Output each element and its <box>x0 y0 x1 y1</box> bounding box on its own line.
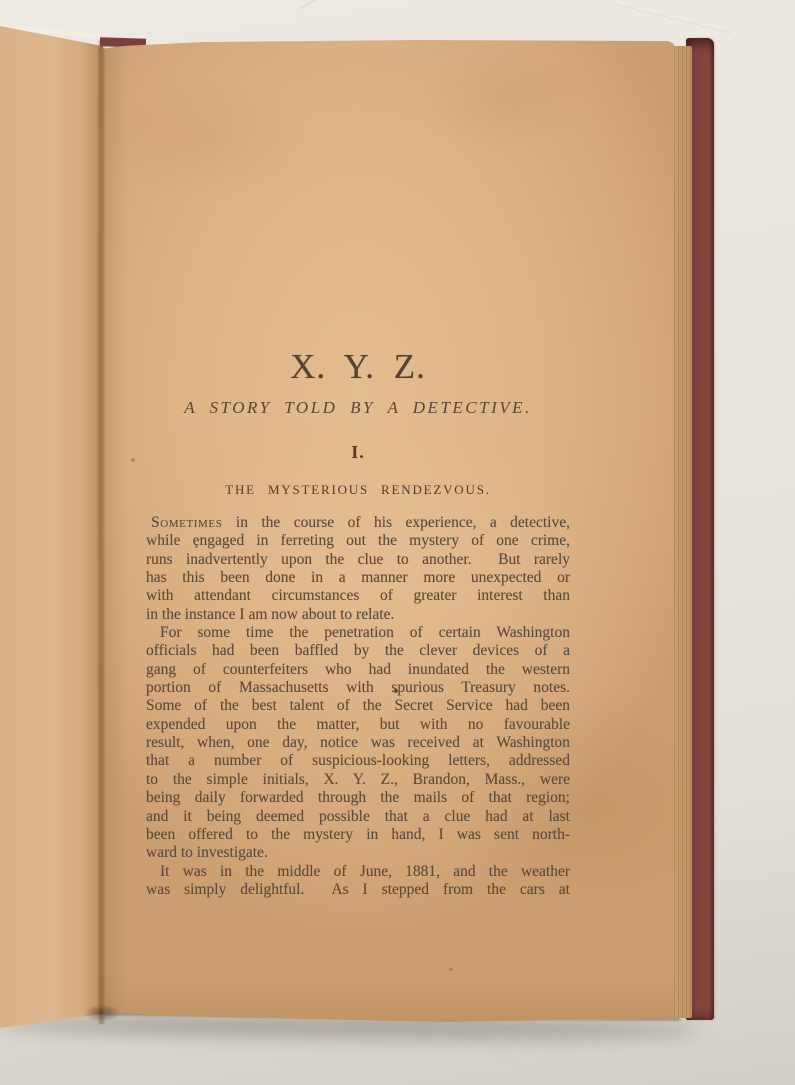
gutter-bottom-shadow <box>84 1004 120 1022</box>
body-line: result, when, one day, notice was receiv… <box>146 734 570 752</box>
body-line: expended upon the matter, but with no fa… <box>146 716 570 734</box>
blank-verso-page <box>0 26 103 1030</box>
body-line: gang of counterfeiters who had inundated… <box>146 661 570 679</box>
book-subtitle: A STORY TOLD BY A DETECTIVE. <box>146 398 570 418</box>
foxing-spot <box>449 968 453 971</box>
body-line-text: in the course of his experience, a detec… <box>222 514 570 531</box>
body-line: For some time the penetration of certain… <box>146 624 570 642</box>
book-photograph: X. Y. Z. A STORY TOLD BY A DETECTIVE. I.… <box>0 0 795 1085</box>
body-line: has this been done in a manner more unex… <box>146 569 570 587</box>
background-scratch <box>300 0 449 9</box>
body-line: runs inadvertently upon the clue to anot… <box>146 551 570 569</box>
body-line: portion of Massachusetts with spurious T… <box>146 679 570 697</box>
body-line: was simply delightful. As I stepped from… <box>146 881 570 899</box>
body-line: It was in the middle of June, 1881, and … <box>146 863 570 881</box>
chapter-number: I. <box>146 442 570 462</box>
foxing-spot <box>312 612 314 614</box>
body-line: with attendant circumstances of greater … <box>146 587 570 605</box>
body-line: officials had been baffled by the clever… <box>146 642 570 660</box>
chapter-heading: THE MYSTERIOUS RENDEZVOUS. <box>146 482 570 498</box>
ink-fleck <box>394 689 398 693</box>
body-text: Sometimes in the course of his experienc… <box>146 514 570 899</box>
body-line: while engaged in ferreting out the myste… <box>146 532 570 550</box>
body-line: Some of the best talent of the Secret Se… <box>146 697 570 715</box>
body-line: been offered to the mystery in hand, I w… <box>146 826 570 844</box>
ink-fleck <box>195 545 198 548</box>
foxing-spot <box>131 458 135 462</box>
body-line: ward to investigate. <box>146 844 570 862</box>
body-line: being daily forwarded through the mails … <box>146 789 570 807</box>
body-line: and it being deemed possible that a clue… <box>146 808 570 826</box>
body-line: to the simple initials, X. Y. Z., Brando… <box>146 771 570 789</box>
body-line: Sometimes in the course of his experienc… <box>146 514 570 532</box>
background-scratch <box>614 3 731 33</box>
body-line: that a number of suspicious-looking lett… <box>146 752 570 770</box>
book-title: X. Y. Z. <box>146 346 570 386</box>
small-caps-lead-word: Sometimes <box>151 514 222 531</box>
gutter-fold-shadow <box>97 40 105 1024</box>
printed-text-block: X. Y. Z. A STORY TOLD BY A DETECTIVE. I.… <box>146 346 570 899</box>
body-line: in the instance I am now about to relate… <box>146 606 570 624</box>
